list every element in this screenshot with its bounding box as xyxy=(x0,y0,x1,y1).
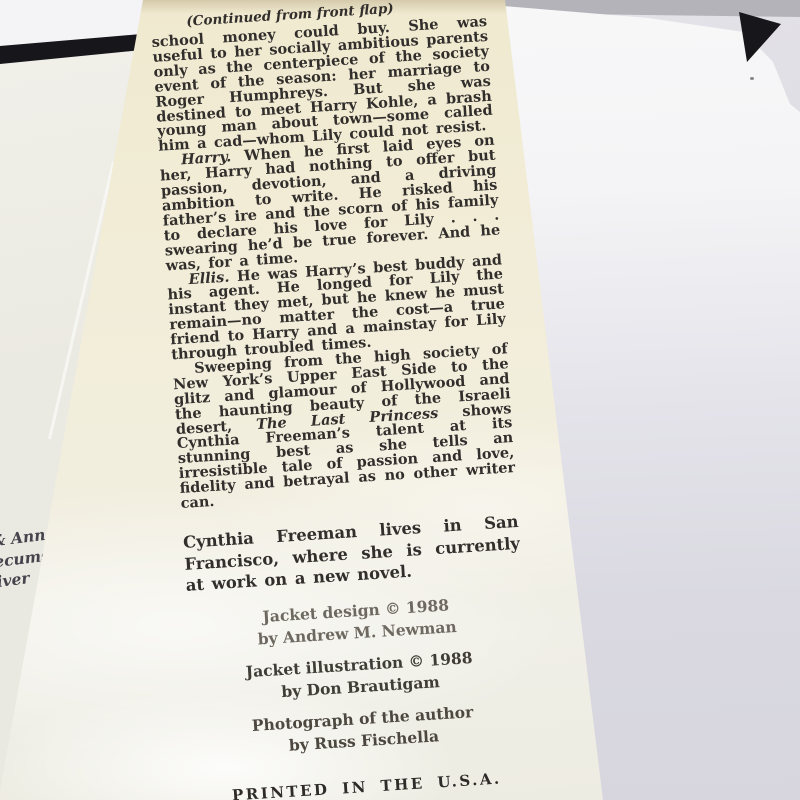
dust-speck xyxy=(750,77,754,80)
credit-jacket-illustration: Jacket illustration © 1988 by Don Brauti… xyxy=(191,643,529,708)
credit-jacket-design: Jacket design © 1988 by Andrew M. Newman xyxy=(187,589,525,654)
photo-of-book-jacket-flap: & Ann ecums iver (Continued from front f… xyxy=(0,0,800,800)
flap-paragraph-harry: Harry. When he first laid eyes on her, H… xyxy=(159,134,502,274)
flap-paragraph-sweeping: Sweeping from the high society of New Yo… xyxy=(172,342,517,512)
credit-author-photograph: Photograph of the author by Russ Fischel… xyxy=(194,697,532,762)
printed-in-usa-note: PRINTED IN THE U.S.A. xyxy=(199,767,535,800)
author-bio-note: Cynthia Freeman lives in San Francisco, … xyxy=(182,511,521,596)
flap-text-block: (Continued from front flap) school money… xyxy=(150,0,535,800)
flap-paragraph-opening: school money could buy. She was useful t… xyxy=(151,15,494,155)
